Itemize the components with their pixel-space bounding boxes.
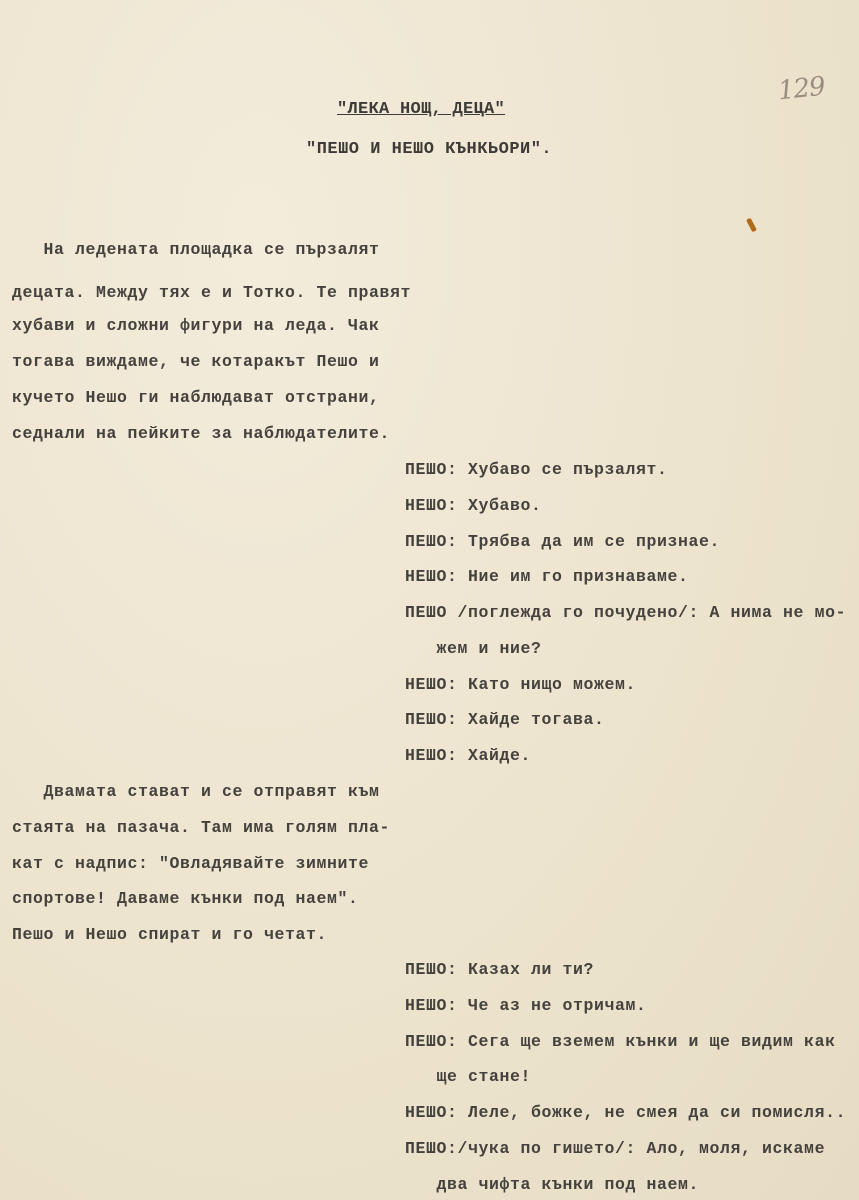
dialogue-line: НЕШО: Че аз не отричам. — [405, 996, 647, 1015]
dialogue-line: ПЕШО: Хайде тогава. — [405, 710, 605, 729]
text-line: Двамата стават и се отправят към — [12, 782, 380, 801]
text-line: седнали на пейките за наблюдателите. — [12, 424, 390, 443]
dialogue-line: ще стане! — [405, 1067, 531, 1086]
dialogue-line: НЕШО: Леле, божке, не смея да си помисля… — [405, 1103, 846, 1122]
text-line: тогава виждаме, че котаракът Пешо и — [12, 352, 380, 371]
text-line: кат с надпис: "Овладявайте зимните — [12, 854, 369, 873]
dialogue-line: ПЕШО: Сега ще вземем кънки и ще видим ка… — [405, 1032, 836, 1051]
dialogue-line: ПЕШО: Трябва да им се признае. — [405, 532, 720, 551]
document-subtitle: "ПЕШО И НЕШО КЪНКЬОРИ". — [306, 140, 552, 159]
dialogue-line: ПЕШО: Казах ли ти? — [405, 960, 594, 979]
page-number: 129 — [777, 72, 827, 107]
dialogue-line: ПЕШО /поглежда го почудено/: А нима не м… — [405, 603, 846, 622]
dialogue-line: НЕШО: Като нищо можем. — [405, 675, 636, 694]
ink-stain — [746, 218, 757, 233]
text-line: хубави и сложни фигури на леда. Чак — [12, 316, 380, 335]
document-title: "ЛЕКА НОЩ, ДЕЦА" — [337, 100, 505, 119]
text-line: стаята на пазача. Там има голям пла- — [12, 818, 390, 837]
text-line: Пешо и Нешо спират и го четат. — [12, 925, 327, 944]
text-line: кучето Нешо ги наблюдават отстрани, — [12, 388, 380, 407]
dialogue-line: НЕШО: Хубаво. — [405, 496, 542, 515]
dialogue-line: ПЕШО:/чука по гишето/: Ало, моля, искаме — [405, 1139, 825, 1158]
text-line: спортове! Даваме кънки под наем". — [12, 889, 359, 908]
dialogue-line: НЕШО: Ние им го признаваме. — [405, 567, 689, 586]
dialogue-line: два чифта кънки под наем. — [405, 1175, 699, 1194]
dialogue-line: НЕШО: Хайде. — [405, 746, 531, 765]
text-line: На ледената площадка се пързалят — [12, 240, 380, 259]
dialogue-line: ПЕШО: Хубаво се пързалят. — [405, 460, 668, 479]
dialogue-line: жем и ние? — [405, 639, 542, 658]
text-line: децата. Между тях е и Тотко. Те правят — [12, 283, 411, 302]
